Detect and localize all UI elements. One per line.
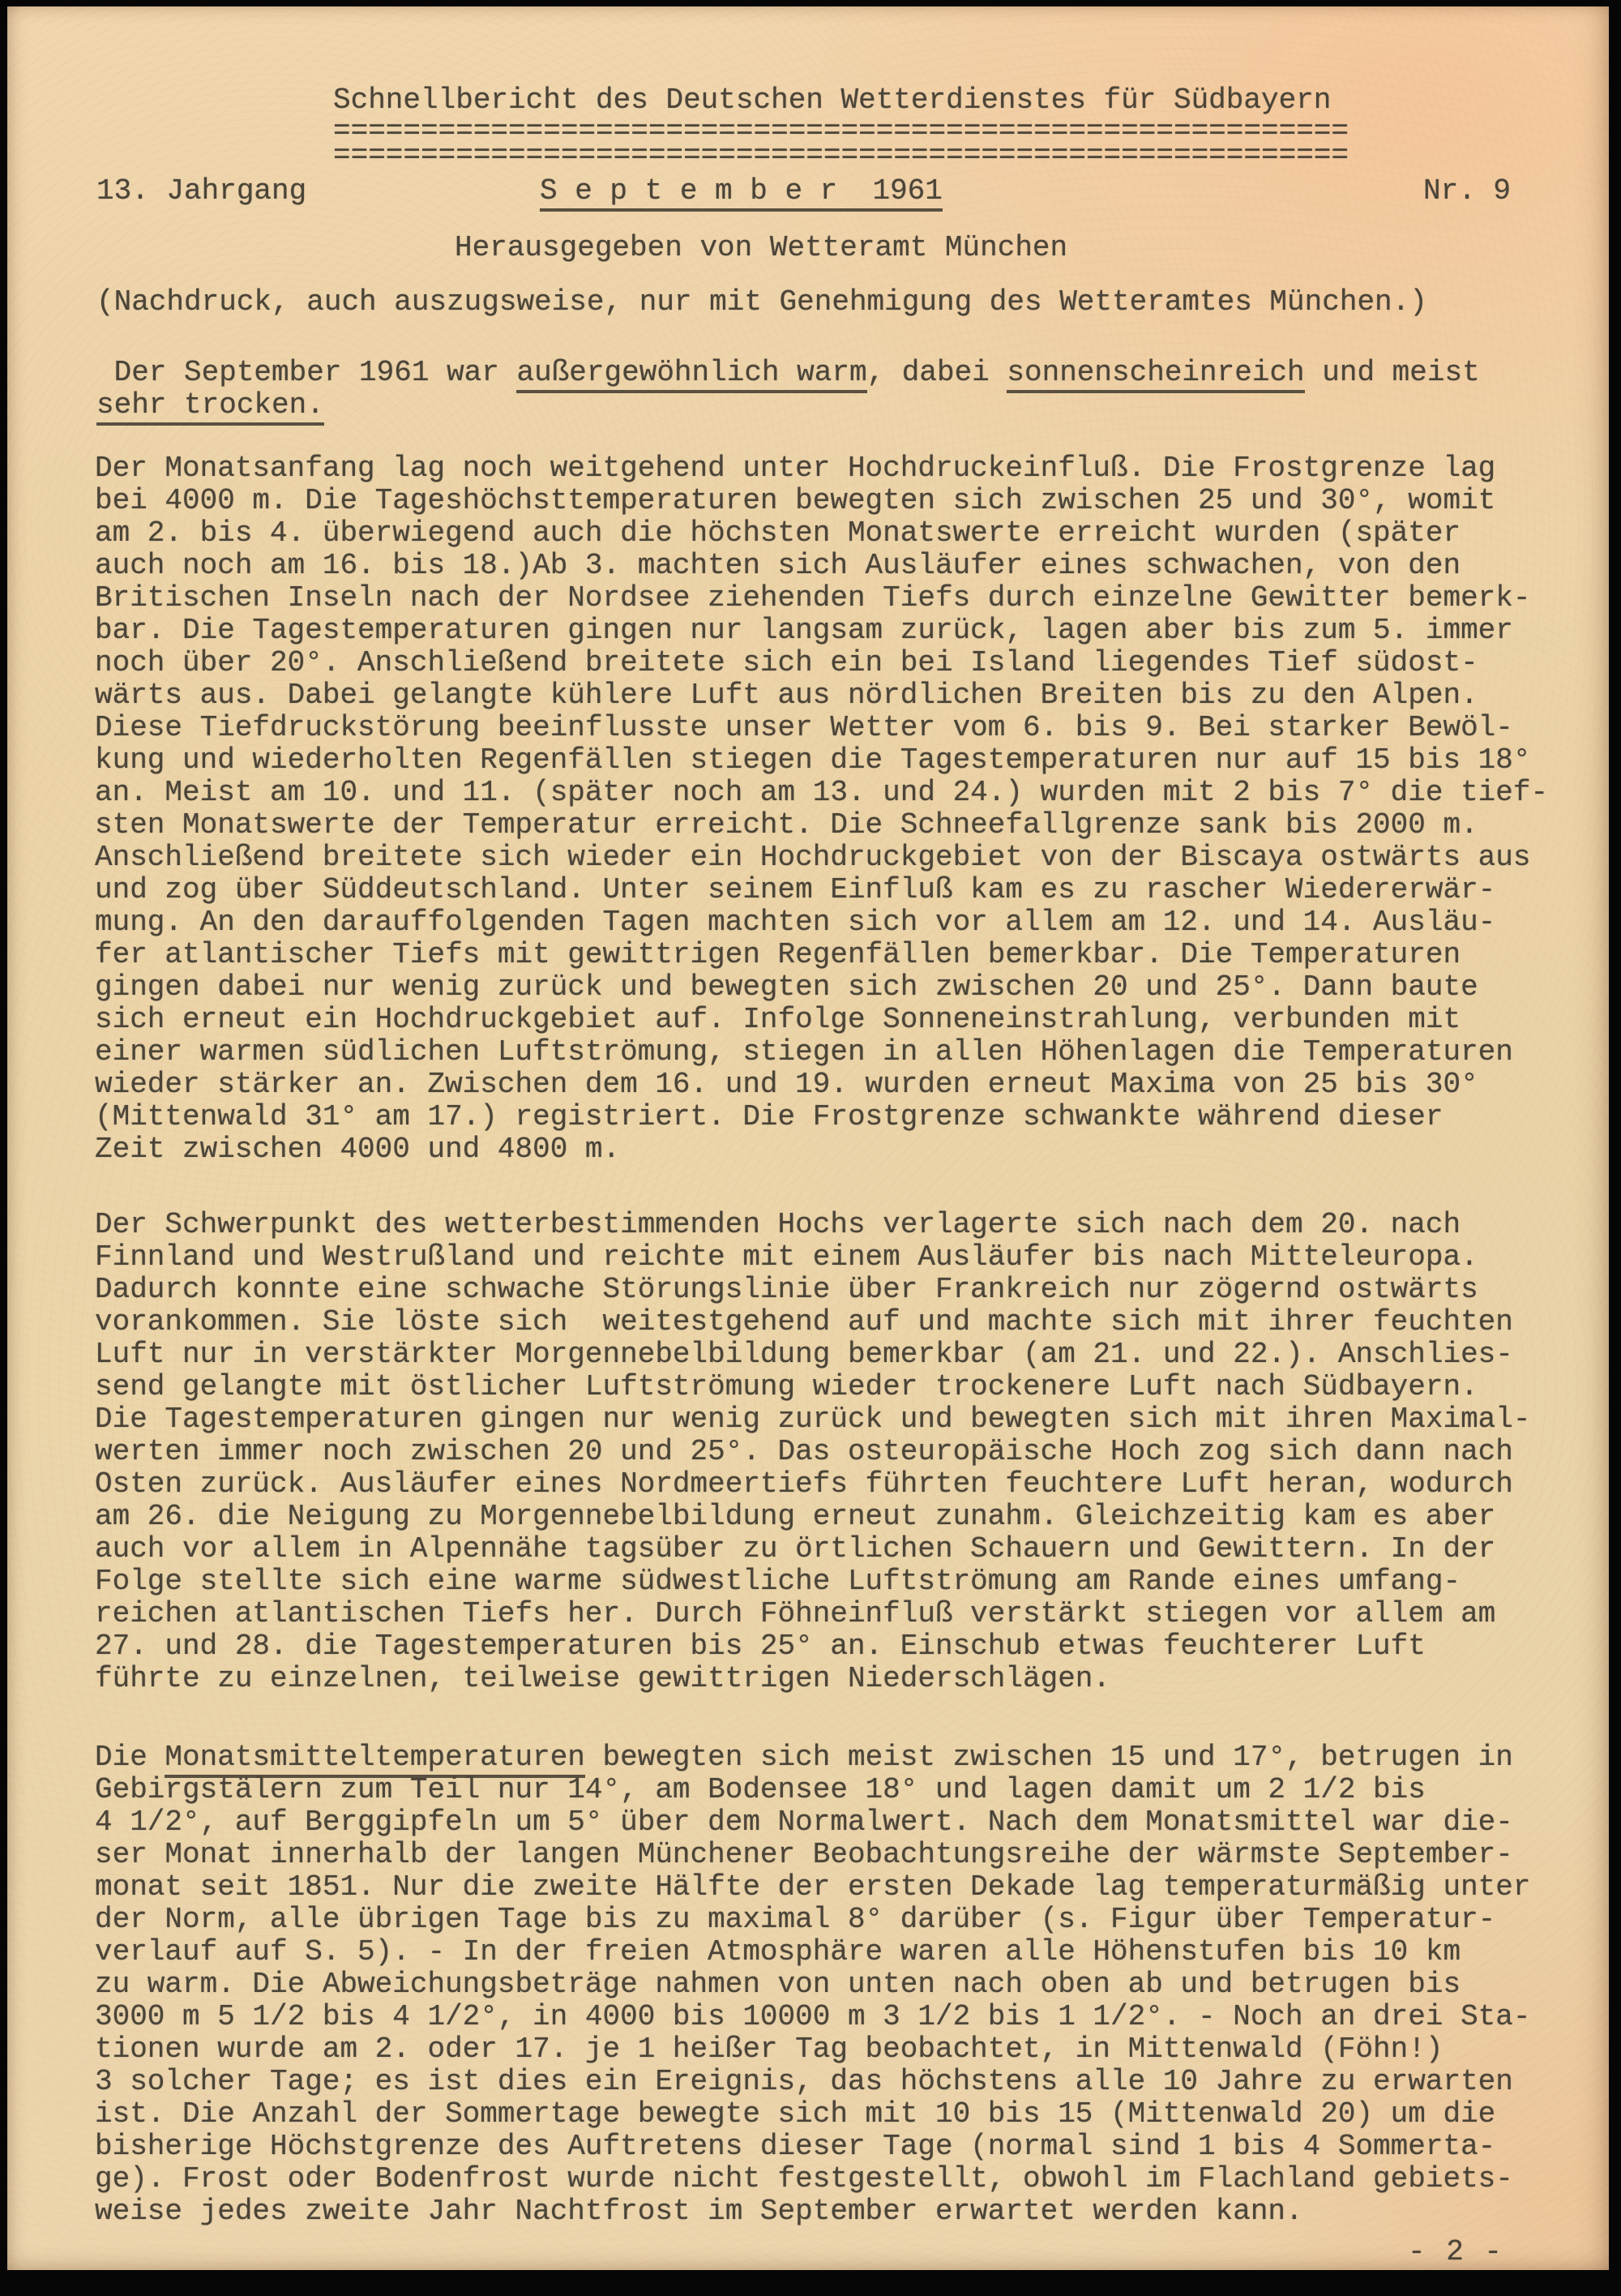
text-segment: zu warm. Die Abweichungsbeträge nahmen v… [95, 1968, 1461, 2001]
text-segment: 3000 m 5 1/2 bis 4 1/2°, in 4000 bis 100… [95, 2000, 1531, 2033]
text-segment: Die [95, 1741, 165, 1774]
text-segment: Gebirgstälern zum Teil nur 14°, am Boden… [95, 1773, 1426, 1806]
text-line: sich erneut ein Hochdruckgebiet auf. Inf… [95, 1004, 1548, 1036]
underlined-text: sehr trocken. [96, 388, 324, 426]
text-segment: bewegten sich meist zwischen 15 und 17°,… [585, 1741, 1513, 1774]
text-line: Osten zurück. Ausläufer eines Nordmeerti… [95, 1468, 1531, 1501]
text-line: der Norm, alle übrigen Tage bis zu maxim… [95, 1904, 1531, 1936]
text-segment: führte zu einzelnen, teilweise gewittrig… [95, 1662, 1110, 1695]
text-segment: am 2. bis 4. überwiegend auch die höchst… [95, 516, 1461, 550]
text-segment: Osten zurück. Ausläufer eines Nordmeerti… [95, 1467, 1513, 1501]
text-segment: send gelangte mit östlicher Luftströmung… [95, 1370, 1478, 1403]
text-segment: Zeit zwischen 4000 und 4800 m. [95, 1133, 620, 1166]
title-rule-line: ========================================… [333, 151, 1349, 161]
text-line: sten Monatswerte der Temperatur erreicht… [95, 809, 1548, 842]
text-segment: 3 solcher Tage; es ist dies ein Ereignis… [95, 2065, 1513, 2098]
text-line: ge). Frost oder Bodenfrost wurde nicht f… [95, 2163, 1531, 2195]
text-line: reichen atlantischen Tiefs her. Durch Fö… [95, 1598, 1531, 1630]
text-line: Der September 1961 war außergewöhnlich w… [96, 357, 1480, 389]
text-line: Dadurch konnte eine schwache Störungslin… [95, 1274, 1531, 1306]
text-segment: und meist [1305, 356, 1480, 389]
masthead-row: 13. Jahrgang S e p t e m b e r 1961 Nr. … [96, 175, 1560, 208]
text-line: noch über 20°. Anschließend breitete sic… [95, 647, 1548, 679]
text-segment: bar. Die Tagestemperaturen gingen nur la… [95, 614, 1513, 647]
intro-paragraph: Der September 1961 war außergewöhnlich w… [96, 357, 1480, 422]
text-segment: wieder stärker an. Zwischen dem 16. und … [95, 1068, 1478, 1101]
underlined-text: sonnenscheinreich [1007, 356, 1304, 393]
text-segment: fer atlantischer Tiefs mit gewittrigen R… [95, 938, 1461, 971]
text-segment: ge). Frost oder Bodenfrost wurde nicht f… [95, 2162, 1513, 2195]
text-line: Luft nur in verstärkter Morgennebelbildu… [95, 1339, 1531, 1371]
text-segment: tionen wurde am 2. oder 17. je 1 heißer … [95, 2033, 1443, 2066]
title-rule-line: ========================================… [333, 126, 1349, 136]
publisher-line: Herausgegeben von Wetteramt München [455, 232, 1067, 264]
text-line: Der Schwerpunkt des wetterbestimmenden H… [95, 1209, 1531, 1241]
text-segment: verlauf auf S. 5). - In der freien Atmos… [95, 1935, 1461, 1968]
text-line: wärts aus. Dabei gelangte kühlere Luft a… [95, 679, 1548, 712]
text-segment: Anschließend breitete sich wieder ein Ho… [95, 841, 1531, 874]
text-line: am 26. die Neigung zu Morgennebelbildung… [95, 1501, 1531, 1533]
text-segment: Finnland und Westrußland und reichte mit… [95, 1240, 1478, 1274]
text-line: Folge stellte sich eine warme südwestlic… [95, 1566, 1531, 1598]
text-line: ser Monat innerhalb der langen Münchener… [95, 1839, 1531, 1871]
text-segment: wärts aus. Dabei gelangte kühlere Luft a… [95, 679, 1478, 712]
text-line: an. Meist am 10. und 11. (später noch am… [95, 777, 1548, 809]
text-line: Die Tagestemperaturen gingen nur wenig z… [95, 1403, 1531, 1436]
text-segment: Der Schwerpunkt des wetterbestimmenden H… [95, 1208, 1461, 1241]
text-line: Finnland und Westrußland und reichte mit… [95, 1241, 1531, 1274]
text-segment: ist. Die Anzahl der Sommertage bewegte s… [95, 2097, 1495, 2131]
volume-label: 13. Jahrgang [96, 175, 306, 208]
text-segment: monat seit 1851. Nur die zweite Hälfte d… [95, 1870, 1531, 1904]
text-line: ist. Die Anzahl der Sommertage bewegte s… [95, 2098, 1531, 2131]
text-line: einer warmen südlichen Luftströmung, sti… [95, 1036, 1548, 1069]
text-line: vorankommen. Sie löste sich weitestgehen… [95, 1306, 1531, 1339]
text-segment: werten immer noch zwischen 20 und 25°. D… [95, 1435, 1513, 1468]
body-paragraph-1: Der Monatsanfang lag noch weitgehend unt… [95, 452, 1548, 1166]
text-segment: Folge stellte sich eine warme südwestlic… [95, 1565, 1461, 1598]
text-segment: noch über 20°. Anschließend breitete sic… [95, 646, 1478, 679]
text-line: gingen dabei nur wenig zurück und bewegt… [95, 971, 1548, 1004]
text-segment: Dadurch konnte eine schwache Störungslin… [95, 1273, 1478, 1306]
text-line: sehr trocken. [96, 389, 1480, 422]
title-rule: ========================================… [333, 112, 1349, 175]
text-line: kung und wiederholten Regenfällen stiege… [95, 744, 1548, 777]
text-segment: gingen dabei nur wenig zurück und bewegt… [95, 970, 1478, 1004]
text-segment: kung und wiederholten Regenfällen stiege… [95, 743, 1531, 777]
text-segment: bei 4000 m. Die Tageshöchsttemperaturen … [95, 484, 1495, 517]
text-segment: Der Monatsanfang lag noch weitgehend unt… [95, 452, 1495, 485]
text-line: verlauf auf S. 5). - In der freien Atmos… [95, 1936, 1531, 1968]
text-line: auch vor allem in Alpennähe tagsüber zu … [95, 1533, 1531, 1566]
text-line: (Mittenwald 31° am 17.) registriert. Die… [95, 1101, 1548, 1133]
text-line: führte zu einzelnen, teilweise gewittrig… [95, 1663, 1531, 1695]
text-line: fer atlantischer Tiefs mit gewittrigen R… [95, 939, 1548, 971]
text-line: Gebirgstälern zum Teil nur 14°, am Boden… [95, 1774, 1531, 1806]
text-line: 27. und 28. die Tagestemperaturen bis 25… [95, 1630, 1531, 1663]
body-paragraph-2: Der Schwerpunkt des wetterbestimmenden H… [95, 1209, 1531, 1695]
text-line: 4 1/2°, auf Berggipfeln um 5° über dem N… [95, 1806, 1531, 1839]
text-segment: mung. An den darauffolgenden Tagen macht… [95, 906, 1495, 939]
text-line: mung. An den darauffolgenden Tagen macht… [95, 906, 1548, 939]
document-page: Schnellbericht des Deutschen Wetterdiens… [7, 6, 1609, 2270]
text-segment: der Norm, alle übrigen Tage bis zu maxim… [95, 1903, 1495, 1936]
text-line: am 2. bis 4. überwiegend auch die höchst… [95, 517, 1548, 550]
text-segment: an. Meist am 10. und 11. (später noch am… [95, 776, 1548, 809]
text-line: send gelangte mit östlicher Luftströmung… [95, 1371, 1531, 1403]
text-segment: bisherige Höchstgrenze des Auftretens di… [95, 2130, 1495, 2163]
text-line: bisherige Höchstgrenze des Auftretens di… [95, 2131, 1531, 2163]
text-segment: weise jedes zweite Jahr Nachtfrost im Se… [95, 2195, 1303, 2228]
text-segment: reichen atlantischen Tiefs her. Durch Fö… [95, 1597, 1495, 1630]
text-segment: vorankommen. Sie löste sich weitestgehen… [95, 1305, 1513, 1339]
text-segment: sten Monatswerte der Temperatur erreicht… [95, 808, 1478, 842]
text-segment: auch vor allem in Alpennähe tagsüber zu … [95, 1532, 1495, 1566]
text-line: weise jedes zweite Jahr Nachtfrost im Se… [95, 2195, 1531, 2228]
text-segment: Diese Tiefdruckstörung beeinflusste unse… [95, 711, 1513, 744]
text-line: zu warm. Die Abweichungsbeträge nahmen v… [95, 1968, 1531, 2001]
body-paragraph-3: Die Monatsmitteltemperaturen bewegten si… [95, 1741, 1531, 2228]
text-line: tionen wurde am 2. oder 17. je 1 heißer … [95, 2033, 1531, 2066]
issue-month: S e p t e m b e r 1961 [540, 175, 943, 212]
text-segment: Britischen Inseln nach der Nordsee ziehe… [95, 581, 1531, 615]
text-segment: 27. und 28. die Tagestemperaturen bis 25… [95, 1630, 1426, 1663]
text-line: monat seit 1851. Nur die zweite Hälfte d… [95, 1871, 1531, 1904]
issue-number: Nr. 9 [1423, 175, 1511, 208]
text-segment: und zog über Süddeutschland. Unter seine… [95, 873, 1495, 906]
copyright-line: (Nachdruck, auch auszugsweise, nur mit G… [96, 286, 1427, 319]
text-segment: Luft nur in verstärkter Morgennebelbildu… [95, 1338, 1513, 1371]
text-segment: , dabei [867, 356, 1007, 389]
text-segment: Die Tagestemperaturen gingen nur wenig z… [95, 1403, 1531, 1436]
text-line: Britischen Inseln nach der Nordsee ziehe… [95, 582, 1548, 615]
text-line: 3 solcher Tage; es ist dies ein Ereignis… [95, 2066, 1531, 2098]
text-line: Anschließend breitete sich wieder ein Ho… [95, 842, 1548, 874]
text-line: auch noch am 16. bis 18.)Ab 3. machten s… [95, 550, 1548, 582]
scanned-document: { "colors": { "paper": "#ecd5ab", "ink":… [0, 0, 1621, 2296]
text-line: 3000 m 5 1/2 bis 4 1/2°, in 4000 bis 100… [95, 2001, 1531, 2033]
text-segment: (Mittenwald 31° am 17.) registriert. Die… [95, 1100, 1443, 1133]
underlined-text: außergewöhnlich warm [516, 356, 866, 393]
text-segment: am 26. die Neigung zu Morgennebelbildung… [95, 1500, 1495, 1533]
text-line: Zeit zwischen 4000 und 4800 m. [95, 1133, 1548, 1166]
page-number: - 2 - [1408, 2236, 1503, 2268]
text-line: bar. Die Tagestemperaturen gingen nur la… [95, 615, 1548, 647]
text-line: werten immer noch zwischen 20 und 25°. D… [95, 1436, 1531, 1468]
text-segment: ser Monat innerhalb der langen Münchener… [95, 1838, 1513, 1871]
text-segment: auch noch am 16. bis 18.)Ab 3. machten s… [95, 549, 1461, 582]
text-segment: einer warmen südlichen Luftströmung, sti… [95, 1035, 1513, 1069]
text-line: Die Monatsmitteltemperaturen bewegten si… [95, 1741, 1531, 1774]
text-line: bei 4000 m. Die Tageshöchsttemperaturen … [95, 485, 1548, 517]
text-segment: Der September 1961 war [96, 356, 516, 389]
text-line: Der Monatsanfang lag noch weitgehend unt… [95, 452, 1548, 485]
text-line: Diese Tiefdruckstörung beeinflusste unse… [95, 712, 1548, 744]
text-segment: sich erneut ein Hochdruckgebiet auf. Inf… [95, 1003, 1461, 1036]
text-line: wieder stärker an. Zwischen dem 16. und … [95, 1069, 1548, 1101]
text-segment: 4 1/2°, auf Berggipfeln um 5° über dem N… [95, 1806, 1513, 1839]
text-line: und zog über Süddeutschland. Unter seine… [95, 874, 1548, 906]
